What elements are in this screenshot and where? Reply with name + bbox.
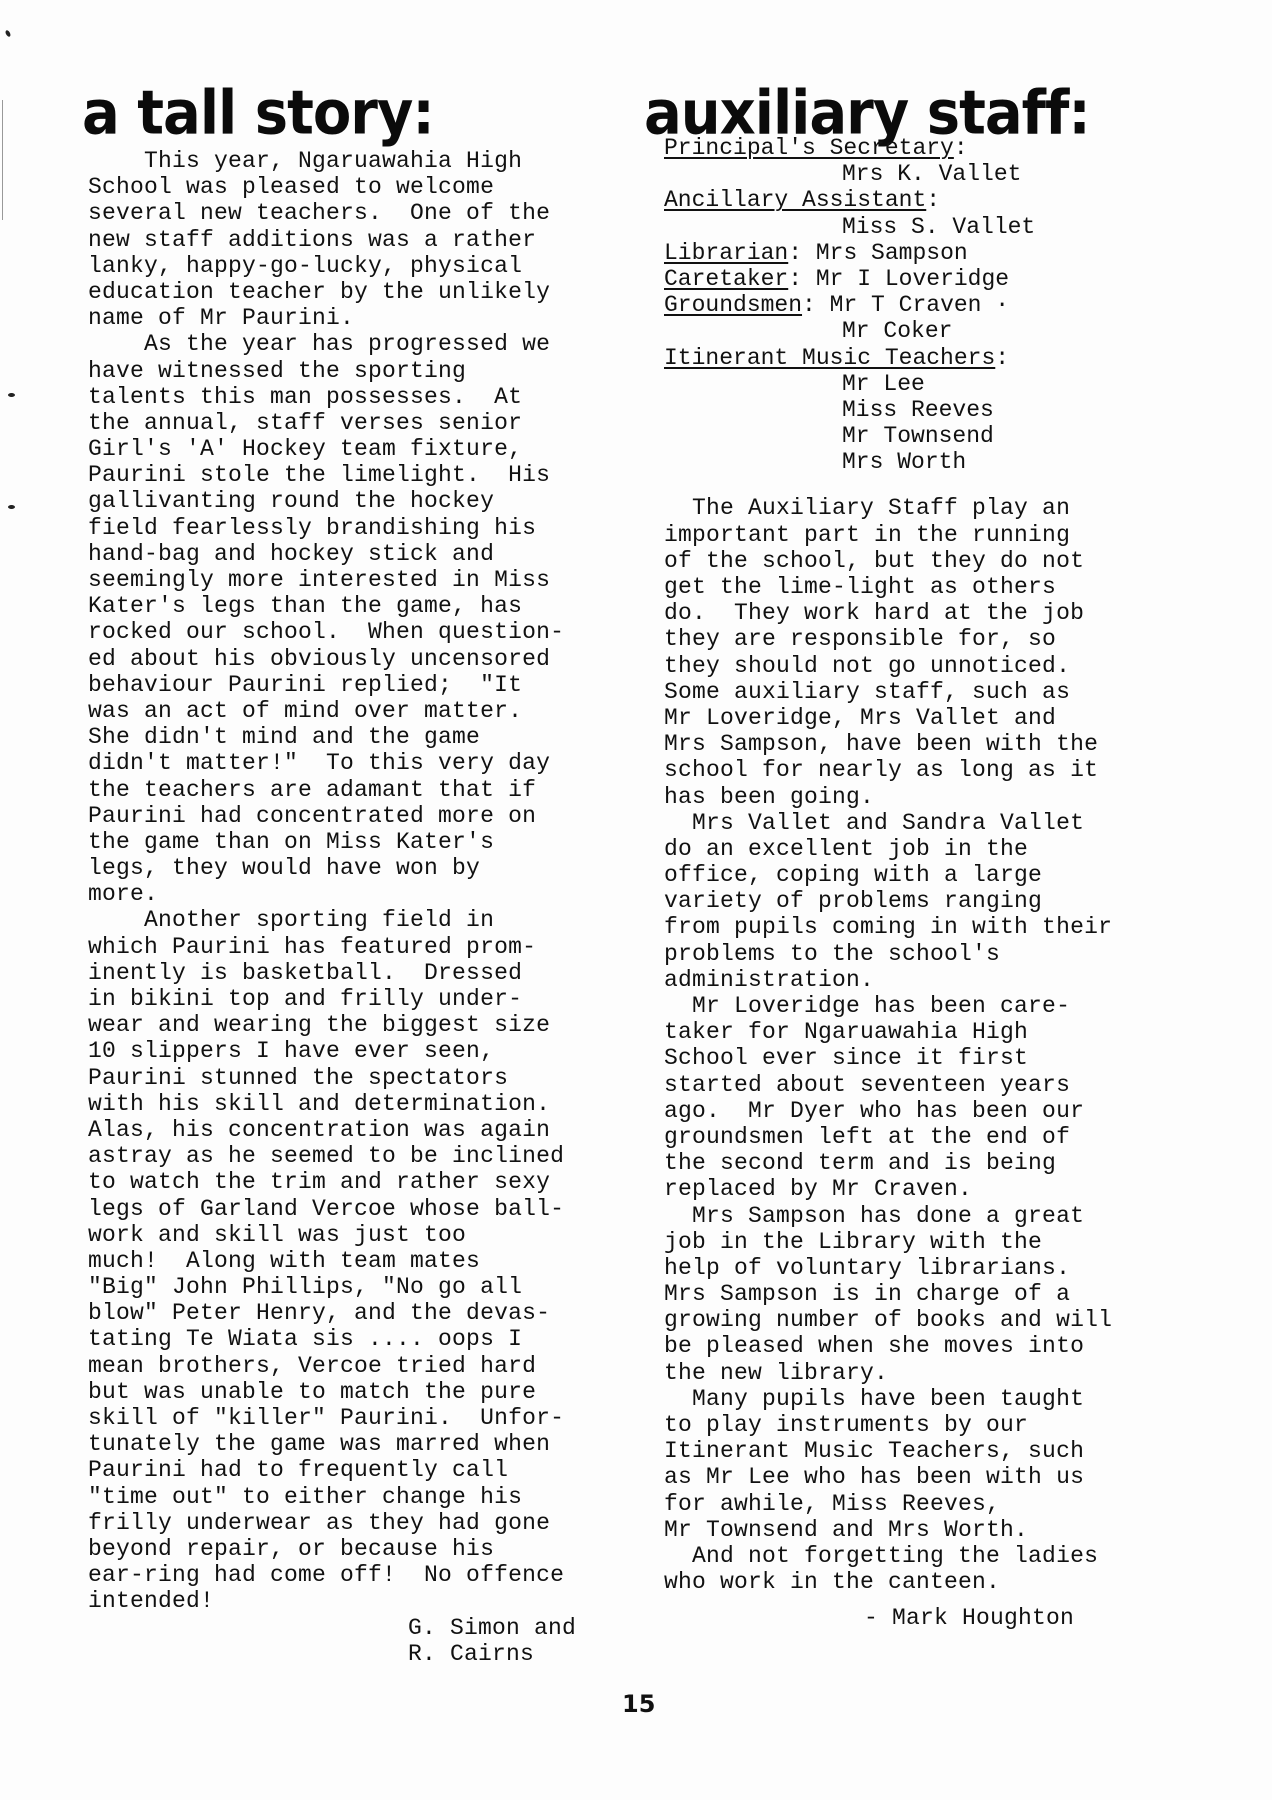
text-line: Mr Loveridge, Mrs Vallet and	[664, 705, 1224, 731]
text-line: taker for Ngaruawahia High	[664, 1019, 1224, 1045]
text-line: "time out" to either change his	[88, 1484, 648, 1510]
text-line: Paurini had concentrated more on	[88, 803, 648, 829]
left-article-headline: a tall story:	[82, 84, 434, 144]
staff-role-label: Librarian	[664, 240, 788, 266]
magazine-page: a tall story: This year, Ngaruawahia Hig…	[0, 0, 1272, 1800]
colon: :	[788, 266, 802, 292]
staff-list: Principal's Secretary:Mrs K. ValletAncil…	[664, 135, 1224, 475]
text-line: Many pupils have been taught	[664, 1386, 1224, 1412]
scan-artifact	[8, 505, 15, 509]
text-line: ear-ring had come off! No offence	[88, 1562, 648, 1588]
text-line: get the lime-light as others	[664, 574, 1224, 600]
text-line: replaced by Mr Craven.	[664, 1176, 1224, 1202]
text-line: problems to the school's	[664, 941, 1224, 967]
text-line: This year, Ngaruawahia High	[88, 148, 648, 174]
text-line: Paurini stunned the spectators	[88, 1065, 648, 1091]
colon: :	[802, 292, 816, 318]
text-line: the annual, staff verses senior	[88, 410, 648, 436]
text-line: Another sporting field in	[88, 907, 648, 933]
text-line: mean brothers, Vercoe tried hard	[88, 1353, 648, 1379]
text-line: Mrs Sampson is in charge of a	[664, 1281, 1224, 1307]
staff-name: Mrs K. Vallet	[664, 161, 1224, 187]
text-line: do. They work hard at the job	[664, 600, 1224, 626]
text-line: several new teachers. One of the	[88, 200, 648, 226]
right-article-text: The Auxiliary Staff play animportant par…	[664, 495, 1224, 1595]
text-line: Alas, his concentration was again	[88, 1117, 648, 1143]
text-line: Kater's legs than the game, has	[88, 593, 648, 619]
text-line: School was pleased to welcome	[88, 174, 648, 200]
text-line: 10 slippers I have ever seen,	[88, 1038, 648, 1064]
staff-name: Mr T Craven ·	[816, 292, 1009, 318]
text-line: more.	[88, 881, 648, 907]
text-line: for awhile, Miss Reeves,	[664, 1491, 1224, 1517]
text-line: they should not go unnoticed.	[664, 653, 1224, 679]
text-line: with his skill and determination.	[88, 1091, 648, 1117]
text-line: office, coping with a large	[664, 862, 1224, 888]
left-article-text: This year, Ngaruawahia HighSchool was pl…	[88, 148, 648, 1615]
text-line: behaviour Paurini replied; "It	[88, 672, 648, 698]
staff-name: Miss S. Vallet	[664, 214, 1224, 240]
text-line: talents this man possesses. At	[88, 384, 648, 410]
text-line: wear and wearing the biggest size	[88, 1012, 648, 1038]
staff-role-label: Principal's Secretary	[664, 135, 954, 161]
text-line: important part in the running	[664, 522, 1224, 548]
text-line: rocked our school. When question-	[88, 619, 648, 645]
text-line: from pupils coming in with their	[664, 914, 1224, 940]
colon: :	[926, 187, 940, 213]
text-line: tunately the game was marred when	[88, 1431, 648, 1457]
text-line: of the school, but they do not	[664, 548, 1224, 574]
text-line: Paurini stole the limelight. His	[88, 462, 648, 488]
text-line: Girl's 'A' Hockey team fixture,	[88, 436, 648, 462]
text-line: was an act of mind over matter.	[88, 698, 648, 724]
text-line: much! Along with team mates	[88, 1248, 648, 1274]
text-line: astray as he seemed to be inclined	[88, 1143, 648, 1169]
staff-role-label: Itinerant Music Teachers	[664, 345, 995, 371]
text-line: be pleased when she moves into	[664, 1333, 1224, 1359]
scan-edge-line	[2, 100, 3, 220]
text-line: new staff additions was a rather	[88, 227, 648, 253]
text-line: G. Simon and	[88, 1615, 648, 1641]
staff-name: Mr Townsend	[664, 423, 1224, 449]
spacer	[664, 475, 1224, 495]
text-line: help of voluntary librarians.	[664, 1255, 1224, 1281]
text-line: Mrs Vallet and Sandra Vallet	[664, 810, 1224, 836]
right-article-body: Principal's Secretary:Mrs K. ValletAncil…	[664, 135, 1224, 1632]
text-line: lanky, happy-go-lucky, physical	[88, 253, 648, 279]
text-line: blow" Peter Henry, and the devas-	[88, 1300, 648, 1326]
colon: :	[788, 240, 802, 266]
staff-name: Mr Lee	[664, 371, 1224, 397]
staff-name: Mr Coker	[664, 318, 1224, 344]
text-line: Mrs Sampson has done a great	[664, 1203, 1224, 1229]
text-line: And not forgetting the ladies	[664, 1543, 1224, 1569]
text-line: inently is basketball. Dressed	[88, 960, 648, 986]
text-line: tating Te Wiata sis .... oops I	[88, 1326, 648, 1352]
text-line: legs of Garland Vercoe whose ball-	[88, 1196, 648, 1222]
staff-name: Mrs Worth	[664, 449, 1224, 475]
text-line: School ever since it first	[664, 1045, 1224, 1071]
text-line: legs, they would have won by	[88, 855, 648, 881]
staff-role-row: Ancillary Assistant:	[664, 187, 1224, 213]
text-line: seemingly more interested in Miss	[88, 567, 648, 593]
text-line: groundsmen left at the end of	[664, 1124, 1224, 1150]
text-line: started about seventeen years	[664, 1072, 1224, 1098]
text-line: She didn't mind and the game	[88, 724, 648, 750]
page-number: 15	[622, 1690, 655, 1718]
text-line: As the year has progressed we	[88, 331, 648, 357]
text-line: Paurini had to frequently call	[88, 1457, 648, 1483]
text-line: which Paurini has featured prom-	[88, 934, 648, 960]
staff-name: Mrs Sampson	[802, 240, 968, 266]
staff-role-row: Itinerant Music Teachers:	[664, 345, 1224, 371]
text-line: ed about his obviously uncensored	[88, 646, 648, 672]
staff-name: Miss Reeves	[664, 397, 1224, 423]
text-line: has been going.	[664, 784, 1224, 810]
text-line: Mrs Sampson, have been with the	[664, 731, 1224, 757]
left-article-signature: G. Simon andR. Cairns	[88, 1615, 648, 1667]
text-line: the teachers are adamant that if	[88, 777, 648, 803]
text-line: intended!	[88, 1588, 648, 1614]
text-line: the new library.	[664, 1360, 1224, 1386]
text-line: Some auxiliary staff, such as	[664, 679, 1224, 705]
text-line: name of Mr Paurini.	[88, 305, 648, 331]
colon: :	[995, 345, 1009, 371]
text-line: education teacher by the unlikely	[88, 279, 648, 305]
text-line: as Mr Lee who has been with us	[664, 1464, 1224, 1490]
staff-role-row: Librarian: Mrs Sampson	[664, 240, 1224, 266]
scan-artifact	[5, 29, 12, 37]
right-article-signature: - Mark Houghton	[664, 1605, 1224, 1631]
staff-role-label: Ancillary Assistant	[664, 187, 926, 213]
scan-artifact	[8, 393, 15, 397]
colon: :	[954, 135, 968, 161]
text-line: The Auxiliary Staff play an	[664, 495, 1224, 521]
text-line: growing number of books and will	[664, 1307, 1224, 1333]
text-line: in bikini top and frilly under-	[88, 986, 648, 1012]
text-line: didn't matter!" To this very day	[88, 750, 648, 776]
text-line: have witnessed the sporting	[88, 358, 648, 384]
text-line: field fearlessly brandishing his	[88, 515, 648, 541]
text-line: to watch the trim and rather sexy	[88, 1169, 648, 1195]
staff-role-label: Groundsmen	[664, 292, 802, 318]
text-line: beyond repair, or because his	[88, 1536, 648, 1562]
staff-role-row: Groundsmen: Mr T Craven ·	[664, 292, 1224, 318]
text-line: R. Cairns	[88, 1641, 648, 1667]
text-line: the game than on Miss Kater's	[88, 829, 648, 855]
text-line: skill of "killer" Paurini. Unfor-	[88, 1405, 648, 1431]
text-line: ago. Mr Dyer who has been our	[664, 1098, 1224, 1124]
text-line: do an excellent job in the	[664, 836, 1224, 862]
staff-role-row: Principal's Secretary:	[664, 135, 1224, 161]
text-line: job in the Library with the	[664, 1229, 1224, 1255]
text-line: work and skill was just too	[88, 1222, 648, 1248]
staff-role-label: Caretaker	[664, 266, 788, 292]
text-line: Mr Loveridge has been care-	[664, 993, 1224, 1019]
staff-role-row: Caretaker: Mr I Loveridge	[664, 266, 1224, 292]
left-article-body: This year, Ngaruawahia HighSchool was pl…	[88, 148, 648, 1667]
text-line: frilly underwear as they had gone	[88, 1510, 648, 1536]
text-line: to play instruments by our	[664, 1412, 1224, 1438]
text-line: hand-bag and hockey stick and	[88, 541, 648, 567]
text-line: gallivanting round the hockey	[88, 488, 648, 514]
text-line: Itinerant Music Teachers, such	[664, 1438, 1224, 1464]
text-line: they are responsible for, so	[664, 626, 1224, 652]
text-line: school for nearly as long as it	[664, 757, 1224, 783]
text-line: "Big" John Phillips, "No go all	[88, 1274, 648, 1300]
text-line: who work in the canteen.	[664, 1569, 1224, 1595]
text-line: the second term and is being	[664, 1150, 1224, 1176]
staff-name: Mr I Loveridge	[802, 266, 1009, 292]
text-line: variety of problems ranging	[664, 888, 1224, 914]
text-line: Mr Townsend and Mrs Worth.	[664, 1517, 1224, 1543]
text-line: administration.	[664, 967, 1224, 993]
text-line: but was unable to match the pure	[88, 1379, 648, 1405]
